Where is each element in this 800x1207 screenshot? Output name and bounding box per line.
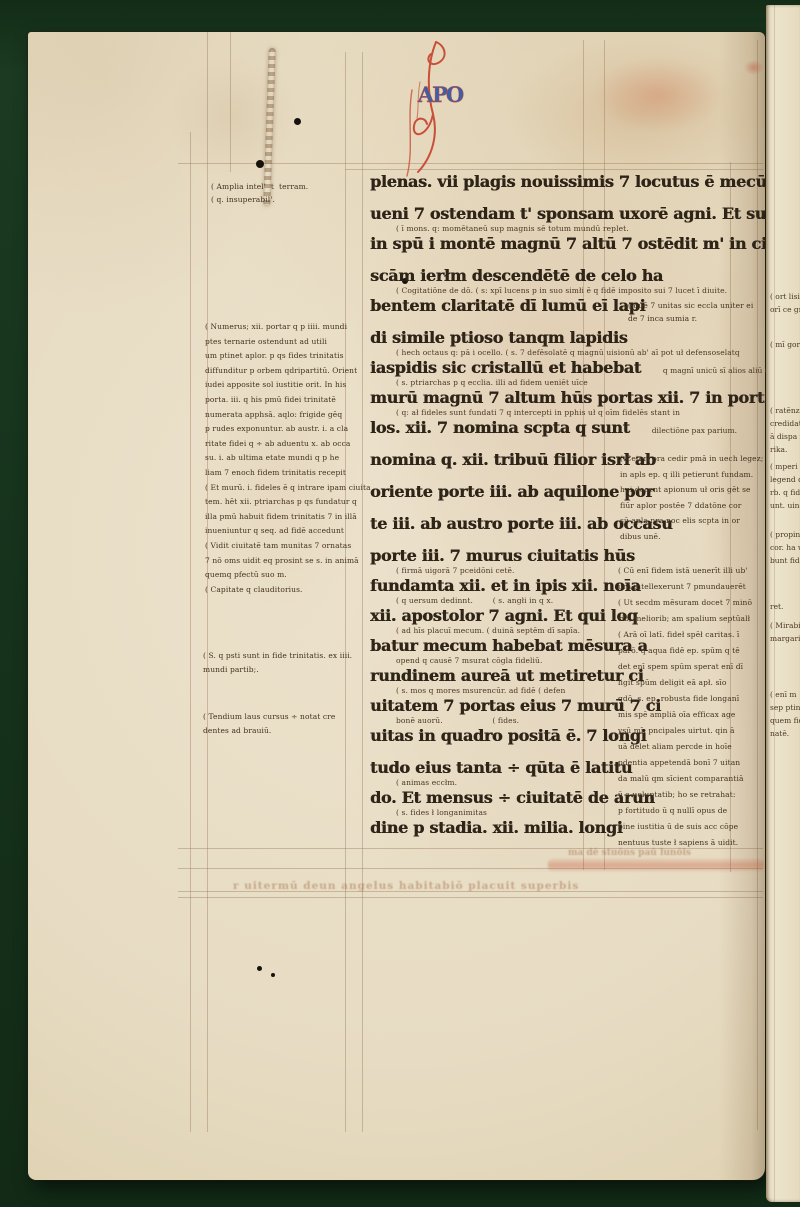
gloss-line: tem. hēt xii. ptriarchas p qs fundatur q	[205, 495, 373, 510]
ruling-line	[178, 897, 763, 898]
scripture-text: scām ierłm descendētē de celo ha	[370, 266, 663, 285]
manuscript-line: ( hech octaus q: pā i ocello. ( s. 7 def…	[370, 349, 794, 378]
manuscript-line: plenas. vii plagis nouissimis 7 locutus …	[370, 171, 794, 192]
interlinear-gloss: ( ī mons. q: momētaneū sup magnis sē tot…	[370, 225, 794, 233]
photograph-dark-backdrop: { "palette": { "background_green": "#163…	[0, 0, 800, 1207]
ink-spot	[256, 160, 264, 168]
scripture-text: xii. apostolor 7 agni. Et qui loq	[370, 606, 638, 625]
gloss-line: porta. iii. q his pmū fidei trinitatē	[205, 393, 373, 408]
scripture-text: nomina q. xii. tribuū filior isrł ab	[370, 450, 656, 469]
left-margin-gloss-bottom: ( Tendium laus cursus ÷ notat credentes …	[203, 710, 335, 737]
gloss-line: ( Arā oī latī. fideł spēł caritas. ī	[618, 627, 765, 643]
left-margin-gloss-top: ( Amplia intel' t terram.( q. insuperabi…	[211, 180, 308, 206]
gloss-line: ( mperi habt	[770, 461, 800, 474]
scripture-text: di simile ptioso tanqm lapidis	[370, 328, 627, 347]
ink-offset-smear	[548, 859, 764, 871]
gloss-fragment: ( mī gor trans	[770, 301, 800, 352]
manuscript-line: ( q: ał fideles sunt fundati 7 q interce…	[370, 409, 794, 438]
manuscript-line: ueni 7 ostendam t' sponsam uxorē agni. E…	[370, 203, 794, 224]
gloss-line: dibus unē.	[620, 529, 765, 545]
gloss-line: mis spē ampliā oīa efficax age	[618, 707, 765, 723]
right-margin-gloss-bottom: ( Cū enī fidem istā uenerīt illi ub'urā …	[618, 563, 765, 851]
ink-spot	[257, 966, 262, 971]
gloss-line: qdō. s. ep. robusta fide longanī	[618, 691, 765, 707]
gloss-line: da malū qm sīcient comparantiā	[618, 771, 765, 787]
scripture-text: plenas. vii plagis nouissimis 7 locutus …	[370, 172, 800, 191]
gloss-line: legend qros	[770, 474, 800, 487]
ink-spot	[271, 973, 275, 977]
gloss-line: 7 nō oms uidit eq prosint se s. in animā	[205, 554, 373, 569]
scripture-text: rundinem aureā ut metiretur ci	[370, 666, 643, 685]
gloss-tail: dilectiōne pax parium.	[652, 426, 737, 435]
gloss-line: ( Et murū. i. fideles ē q intrare ipam c…	[205, 481, 373, 496]
gloss-line: ( Capitate q clauditorius.	[205, 583, 373, 598]
gloss-line: iudei apposite sol iustitie orit. In his	[205, 378, 373, 393]
gloss-line: fiūr aplor postēe 7 ddatōne cor	[620, 498, 765, 514]
gloss-line: ( Mirabilr	[770, 620, 800, 633]
gloss-line: ( Ut secdm mēsuram docet 7 minō	[618, 595, 765, 611]
gloss-line: ritate fidei q ÷ ab aduentu x. ab occa	[205, 437, 373, 452]
gloss-line: su. i. ab ultima etate mundi q p he	[205, 451, 373, 466]
gloss-line: ( Tendium laus cursus ÷ notat cre	[203, 710, 335, 724]
scripture-text: dine p stadia. xii. milia. longi	[370, 818, 623, 837]
gloss-line: pārō. q aqua fidē ep. spūm q tē	[618, 643, 765, 659]
gloss-line: p fortitudo ū q nullī opus de	[618, 803, 765, 819]
gloss-line: liam 7 enoch fidem trinitatis recepit	[205, 466, 373, 481]
gloss-line: quem fid	[770, 715, 800, 728]
gloss-line: ( Amplia intel' t terram.	[211, 180, 308, 193]
scripture-text: bentem claritatē dī lumū eī lapi	[370, 296, 645, 315]
scripture-text: do. Et mensus ÷ ciuitatē de arun	[370, 788, 655, 807]
manuscript-line: ( s. ptriarchas p q ecclia. illi ad fide…	[370, 379, 794, 408]
gloss-line: natē.	[770, 728, 800, 741]
left-margin-gloss-main: ( Numerus; xii. portar q p iiii. mundipt…	[205, 320, 373, 597]
scripture-text: tudo eius tanta ÷ qūta ē latitu	[370, 758, 632, 777]
gloss-fragment: ( propinqdcor. ha wbunt fid	[770, 491, 800, 568]
gloss-line: mundi partib;.	[203, 663, 352, 677]
gloss-line: sū apla nra noc elis scpta in or	[620, 513, 765, 529]
gloss-line: cor. ha w	[770, 542, 800, 555]
gloss-line: diffunditur p orbem qdripartitū. Orient	[205, 364, 373, 379]
interlinear-gloss: ( s. ptriarchas p q ecclia. illi ad fide…	[370, 379, 794, 387]
gloss-line: ( Cū enī fidem istā uenerīt illi ub'	[618, 563, 765, 579]
scripture-text: fundamta xii. et in ipis xii. noīa	[370, 576, 641, 595]
scripture-text: in spū i montē magnū 7 altū 7 ostēdit m'…	[370, 234, 800, 253]
gloss-line: urā intellexerunt 7 pmundauerēt	[618, 579, 765, 595]
gloss-line: in apls ep. q illi petierunt fundam.	[620, 467, 765, 483]
scripture-text: murū magnū 7 altum hūs portas xii. 7 in …	[370, 388, 800, 407]
manuscript-line: ( ī mons. q: momētaneū sup magnis sē tot…	[370, 225, 794, 254]
right-margin-gloss-top: ( duē 7 unitas sic eccla uniter eide 7 i…	[628, 299, 753, 325]
next-folio-edge: ( ort lisi an worī ce grum ( mī gor tran…	[766, 5, 800, 1202]
gloss-line: rib; meliorib; am spalium septūalł	[618, 611, 765, 627]
gloss-line: inueniuntur q seq. ad fidē accedunt	[205, 524, 373, 539]
ruling-line	[230, 32, 231, 172]
gloss-line: bine iustitia ū de suis acc cōpe	[618, 819, 765, 835]
ghost-offset-text: r uitermū deun angelus habitabiō placuit…	[233, 880, 579, 892]
gloss-line: ( S. q psti sunt in fide trinitatis. ex …	[203, 649, 352, 663]
ruling-line	[190, 132, 191, 1132]
gloss-line: ū a uoluptatib; ho se retrahat:	[618, 787, 765, 803]
gloss-line: hui docent apionum uł oris gēt se	[620, 482, 765, 498]
gloss-line: illa pmū habuit fidem trinitatis 7 in il…	[205, 510, 373, 525]
gloss-line: numerata apphsā. aqlo: frigide gēq	[205, 408, 373, 423]
gloss-line: ( Numerus; xii. portar q p iiii. mundi	[205, 320, 373, 335]
gloss-line: ( duē 7 unitas sic eccla uniter ei	[628, 299, 753, 312]
ghost-offset-text: ma dē stuōns paū lunōis	[568, 848, 691, 858]
interlinear-gloss: ( Cogitatiōne de dō. ( s: xpī lucens p i…	[370, 287, 794, 295]
gloss-line: quemq pfectū suo m.	[205, 568, 373, 583]
gloss-line: dentes ad brauiū.	[203, 724, 335, 738]
gloss-line: pdentia appetendā bonī 7 uitan	[618, 755, 765, 771]
left-margin-gloss-lower: ( S. q psti sunt in fide trinitatis. ex …	[203, 649, 352, 676]
gloss-line: det enī spem spūm sperat enī dī	[618, 659, 765, 675]
interlinear-gloss: ( hech octaus q: pā i ocello. ( s. 7 def…	[370, 349, 794, 357]
gloss-line: ( Ceteri ora cedir pmā in uech legez;	[620, 451, 765, 467]
gloss-line: ( ratēnz w	[770, 405, 800, 418]
scripture-text: los. xii. 7 nomina scpta q sunt	[370, 418, 630, 437]
gloss-fragment: ( enī msep ptinūquem fidnatē.	[770, 651, 800, 741]
interlinear-gloss: ( q: ał fideles sunt fundati 7 q interce…	[370, 409, 794, 417]
scripture-text: uitas in quadro positā ē. 7 longi	[370, 726, 646, 745]
gloss-fragment: ( Mirabilrmargari	[770, 582, 800, 646]
scripture-text: ueni 7 ostendam t' sponsam uxorē agni. E…	[370, 204, 800, 223]
gloss-line: ( mī gor trans	[770, 339, 800, 352]
gloss-line: um ptinet aplor. p qs fides trinitatis	[205, 349, 373, 364]
gloss-line: ysū mī. pncipales uirtut. qin ā	[618, 723, 765, 739]
running-title-letters: APO	[417, 82, 464, 107]
gloss-line: de 7 inca sumia r.	[628, 312, 753, 325]
manuscript-page: APO plenas. vii plagis nouissimis 7 locu…	[28, 32, 765, 1180]
manuscript-line: scām ierłm descendētē de celo ha	[370, 265, 794, 286]
gloss-line: ( q. insuperabil'.	[211, 193, 308, 206]
stain	[593, 58, 723, 132]
scripture-text: batur mecum habebat mēsura a	[370, 636, 648, 655]
gloss-line: margari	[770, 633, 800, 646]
scripture-text: oriente porte iii. ab aquilone por	[370, 482, 654, 501]
gloss-line: p rudes exponuntur. ab austr. i. a cla	[205, 422, 373, 437]
scripture-text: iaspidis sic cristallū et habebat	[370, 358, 641, 377]
gloss-line: uā delet aliam percde in hoīe	[618, 739, 765, 755]
ink-spot	[294, 118, 301, 125]
gloss-line: ( enī m	[770, 689, 800, 702]
manuscript-line: di simile ptioso tanqm lapidis	[370, 327, 794, 348]
pen-flourish-icon	[407, 42, 445, 176]
gloss-line: ptes ternarie ostendunt ad utili	[205, 335, 373, 350]
gloss-line: ligit spūm deligit eā apł. sīo	[618, 675, 765, 691]
scripture-text: porte iii. 7 murus ciuitatis hūs	[370, 546, 635, 565]
gloss-line: sep ptinū	[770, 702, 800, 715]
gloss-line: ( propinqd	[770, 529, 800, 542]
gloss-line: ( Vidit ciuitatē tam munitas 7 ornatas	[205, 539, 373, 554]
right-margin-gloss-middle: ( Ceteri ora cedir pmā in uech legez;in …	[620, 451, 765, 545]
